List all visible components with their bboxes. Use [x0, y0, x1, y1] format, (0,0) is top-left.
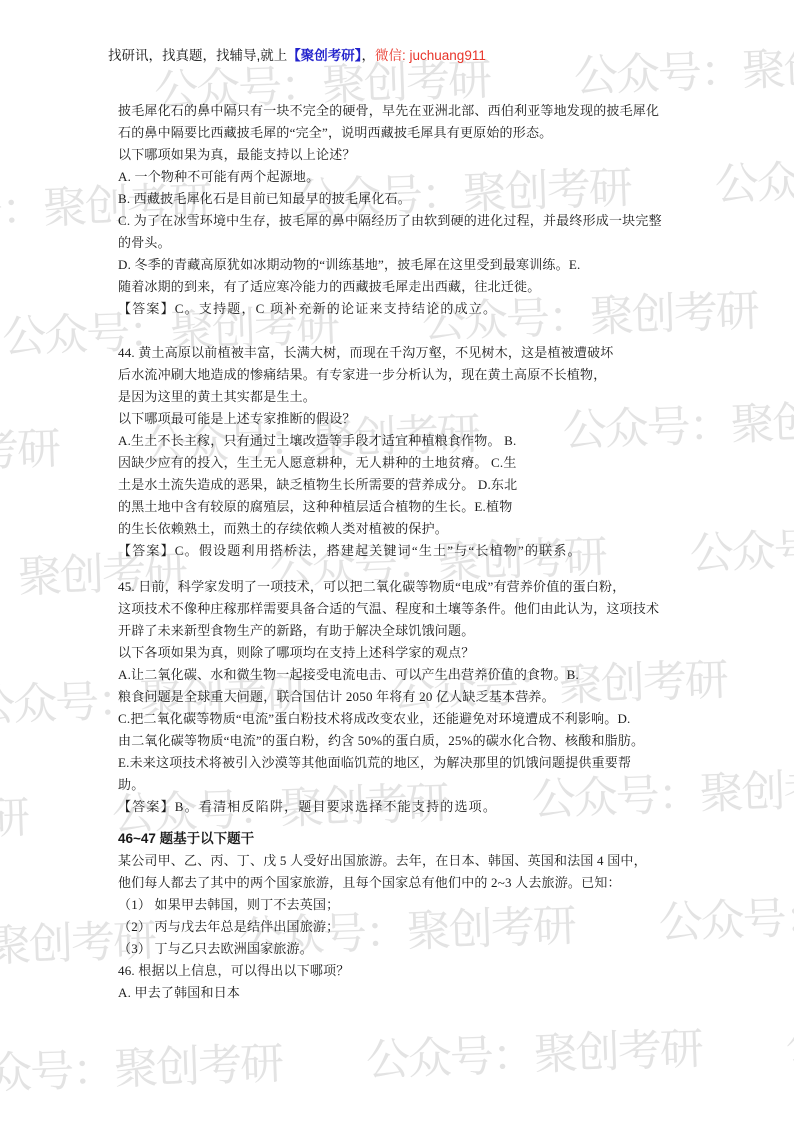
promo-text: 找研讯，找真题，找辅导,就上 [108, 48, 287, 63]
text-line: A. 一个物种不可能有两个起源地。 [118, 166, 680, 188]
text-line: 他们每人都去了其中的两个国家旅游，且每个国家总有他们中的 2~3 人去旅游。已知… [118, 872, 680, 894]
text-line: 的生长依赖熟土，而熟土的存续依赖人类对植被的保护。 [118, 518, 680, 540]
text-line: A. 甲去了韩国和日本 [118, 982, 680, 1004]
text-line: 粮食问题是全球重大问题，联合国估计 2050 年将有 20 亿人缺乏基本营养。 [118, 686, 680, 708]
section-heading: 46~47 题基于以下题干 [118, 828, 680, 850]
text-line: （1） 如果甲去韩国，则丁不去英国； [118, 894, 680, 916]
questions-46-47: 46~47 题基于以下题干某公司甲、乙、丙、丁、戊 5 人受好出国旅游。去年，在… [118, 828, 680, 1004]
text-line: 石的鼻中隔要比西藏披毛犀的“完全”，说明西藏披毛犀具有更原始的形态。 [118, 122, 680, 144]
text-line: 的骨头。 [118, 232, 680, 254]
text-line: 由二氧化碳等物质“电流”的蛋白粉，约含 50%的蛋白质，25%的碳水化合物、核酸… [118, 730, 680, 752]
text-line: 随着冰期的到来，有了适应寒冷能力的西藏披毛犀走出西藏，往北迁徙。 [118, 276, 680, 298]
text-line: （3） 丁与乙只去欧洲国家旅游。 [118, 938, 680, 960]
document-page: 公众号：聚创考研 公众号：聚创考研 公众号：聚创考研公众号：聚创考研 公众号：聚… [0, 0, 794, 1122]
text-line: C.把二氧化碳等物质“电流”蛋白粉技术将成改变农业，还能避免对环境遭成不利影响。… [118, 708, 680, 730]
text-line: 开辟了未来新型食物生产的新路，有助于解决全球饥饿问题。 [118, 620, 680, 642]
question-44: 44. 黄土高原以前植被丰富，长满大树，而现在千沟万壑，不见树木，这是植被遭破坏… [118, 342, 680, 562]
brand-name: 【聚创考研】 [287, 48, 361, 63]
text-line: 某公司甲、乙、丙、丁、戊 5 人受好出国旅游。去年，在日本、韩国、英国和法国 4… [118, 850, 680, 872]
wechat-contact: 微信: juchuang911 [375, 48, 486, 63]
text-line: 土是水土流失造成的恶果，缺乏植物生长所需要的营养成分。 D.东北 [118, 474, 680, 496]
text-line: 是因为这里的黄土其实都是生土。 [118, 386, 680, 408]
text-line: C. 为了在冰雪环境中生存，披毛犀的鼻中隔经历了由软到硬的进化过程，并最终形成一… [118, 210, 680, 232]
answer-line: 【答案】C。假设题利用搭桥法，搭建起关键词“生土”与“长植物”的联系。 [118, 540, 680, 562]
text-line: A.生土不长主稼，只有通过土壤改造等手段才适宜种植粮食作物。 B. [118, 430, 680, 452]
text-line: D. 冬季的青藏高原犹如冰期动物的“训练基地”，披毛犀在这里受到最寒训练。E. [118, 254, 680, 276]
text-line: 披毛犀化石的鼻中隔只有一块不完全的硬骨，早先在亚洲北部、西伯利亚等地发现的披毛犀… [118, 100, 680, 122]
question-43: 披毛犀化石的鼻中隔只有一块不完全的硬骨，早先在亚洲北部、西伯利亚等地发现的披毛犀… [118, 100, 680, 320]
text-line: 助。 [118, 774, 680, 796]
content: 披毛犀化石的鼻中隔只有一块不完全的硬骨，早先在亚洲北部、西伯利亚等地发现的披毛犀… [118, 100, 680, 1026]
text-line: B. 西藏披毛犀化石是目前已知最早的披毛犀化石。 [118, 188, 680, 210]
text-line: 以下哪项最可能是上述专家推断的假设？ [118, 408, 680, 430]
text-line: 45. 日前，科学家发明了一项技术，可以把二氧化碳等物质“电成”有营养价值的蛋白… [118, 576, 680, 598]
promo-separator: ， [362, 48, 376, 63]
text-line: E.未来这项技术将被引入沙漠等其他面临饥荒的地区，为解决那里的饥饿问题提供重要帮 [118, 752, 680, 774]
question-45: 45. 日前，科学家发明了一项技术，可以把二氧化碳等物质“电成”有营养价值的蛋白… [118, 576, 680, 818]
text-line: 的黑土地中含有较原的腐殖层，这种种植层适合植物的生长。E.植物 [118, 496, 680, 518]
text-line: 46. 根据以上信息，可以得出以下哪项？ [118, 960, 680, 982]
text-line: 因缺少应有的投入，生土无人愿意耕种，无人耕种的土地贫瘠。 C.生 [118, 452, 680, 474]
promo-header: 找研讯，找真题，找辅导,就上【聚创考研】，微信: juchuang911 [108, 47, 486, 65]
text-line: 以下各项如果为真，则除了哪项均在支持上述科学家的观点？ [118, 642, 680, 664]
answer-line: 【答案】B。看清相反陷阱，题目要求选择不能支持的选项。 [118, 796, 680, 818]
text-line: A.让二氧化碳、水和微生物一起接受电流电击、可以产生出营养价值的食物。B. [118, 664, 680, 686]
text-line: 这项技术不像种庄稼那样需要具备合适的气温、程度和土壤等条件。他们由此认为，这项技… [118, 598, 680, 620]
text-line: 44. 黄土高原以前植被丰富，长满大树，而现在千沟万壑，不见树木，这是植被遭破坏 [118, 342, 680, 364]
answer-line: 【答案】C。支持题，C 项补充新的论证来支持结论的成立。 [118, 298, 680, 320]
text-line: 以下哪项如果为真，最能支持以上论述？ [118, 144, 680, 166]
text-line: （2） 丙与戊去年总是结伴出国旅游； [118, 916, 680, 938]
text-line: 后水流冲刷大地造成的惨痛结果。有专家进一步分析认为，现在黄土高原不长植物， [118, 364, 680, 386]
